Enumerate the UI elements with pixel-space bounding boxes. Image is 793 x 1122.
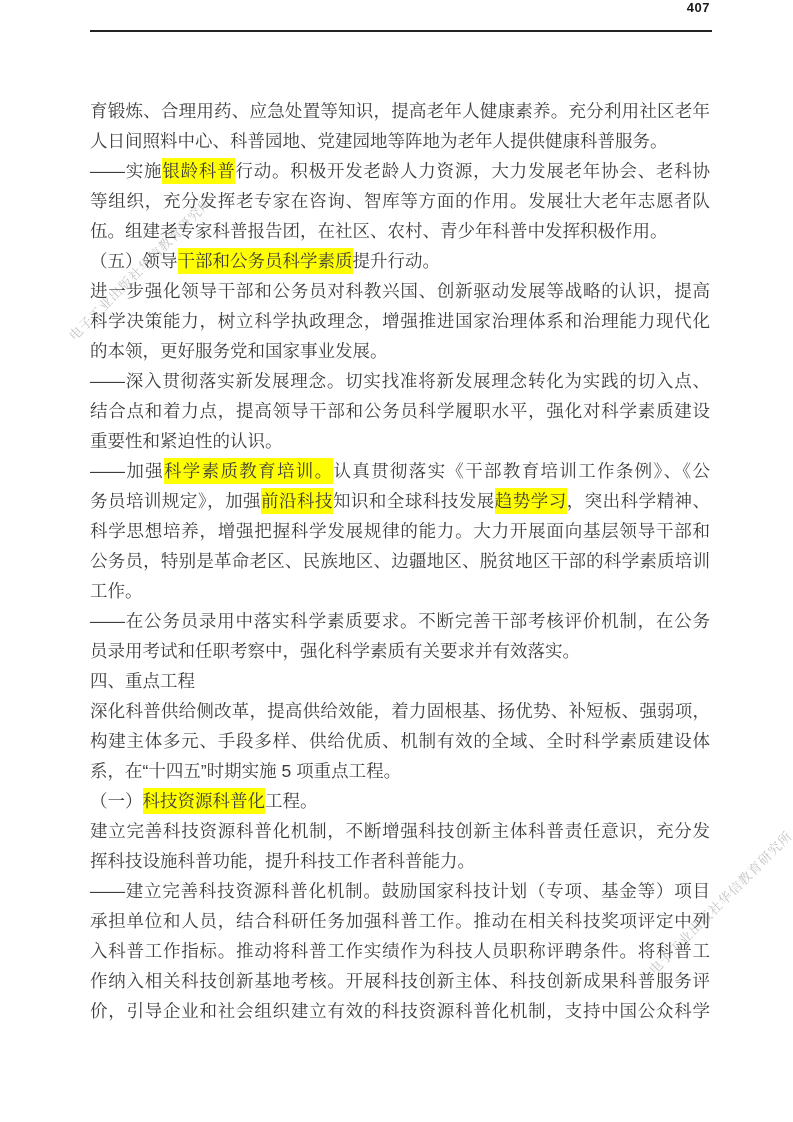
text-line: 的本领，更好服务党和国家事业发展。 — [90, 336, 710, 366]
text-segment: 育锻炼、合理用药、应急处置等知识，提高老年人健康素养。充分利用社区老年 — [90, 101, 710, 121]
text-line: ——建立完善科技资源科普化机制。鼓励国家科技计划（专项、基金等）项目 — [90, 876, 710, 906]
text-segment: 认真贯彻落实《干部教育培训工作条例》、《公 — [333, 461, 710, 481]
text-segment: ——实施 — [90, 161, 162, 181]
text-line: 深化科普供给侧改革，提高供给效能，着力固根基、扬优势、补短板、强弱项， — [90, 696, 710, 726]
text-line: ——实施银龄科普行动。积极开发老龄人力资源，大力发展老年协会、老科协 — [90, 156, 710, 186]
text-line: 育锻炼、合理用药、应急处置等知识，提高老年人健康素养。充分利用社区老年 — [90, 96, 710, 126]
text-segment: 作纳入相关科技创新基地考核。开展科技创新主体、科技创新成果科普服务评 — [90, 971, 710, 991]
text-line: 构建主体多元、手段多样、供给优质、机制有效的全域、全时科学素质建设体 — [90, 726, 710, 756]
text-segment: 四、重点工程 — [90, 671, 195, 691]
text-segment: 科学思想培养，增强把握科学发展规律的能力。大力开展面向基层领导干部和 — [90, 521, 710, 541]
text-line: 伍。组建老专家科普报告团，在社区、农村、青少年科普中发挥积极作用。 — [90, 216, 710, 246]
text-line: ——深入贯彻落实新发展理念。切实找准将新发展理念转化为实践的切入点、 — [90, 366, 710, 396]
text-line: 重要性和紧迫性的认识。 — [90, 426, 710, 456]
text-segment: 公务员，特别是革命老区、民族地区、边疆地区、脱贫地区干部的科学素质培训 — [90, 551, 710, 571]
text-line: 建立完善科技资源科普化机制，不断增强科技创新主体科普责任意识，充分发 — [90, 816, 710, 846]
text-segment: 重要性和紧迫性的认识。 — [90, 431, 283, 451]
highlighted-text: 前沿科技 — [261, 488, 333, 514]
text-segment: ，突出科学精神、 — [567, 491, 710, 511]
text-segment: 构建主体多元、手段多样、供给优质、机制有效的全域、全时科学素质建设体 — [90, 731, 710, 751]
text-line: 人日间照料中心、科普园地、党建园地等阵地为老年人提供健康科普服务。 — [90, 126, 710, 156]
document-body: 育锻炼、合理用药、应急处置等知识，提高老年人健康素养。充分利用社区老年人日间照料… — [90, 96, 710, 1026]
highlighted-text: 科学素质教育培训。 — [164, 458, 333, 484]
text-line: 四、重点工程 — [90, 666, 710, 696]
text-line: 进一步强化领导干部和公务员对科教兴国、创新驱动发展等战略的认识，提高 — [90, 276, 710, 306]
text-line: 结合点和着力点，提高领导干部和公务员科学履职水平，强化对科学素质建设 — [90, 396, 710, 426]
text-segment: 进一步强化领导干部和公务员对科教兴国、创新驱动发展等战略的认识，提高 — [90, 281, 710, 301]
text-line: 工作。 — [90, 576, 710, 606]
text-segment: 工作。 — [90, 581, 143, 601]
text-segment: 人日间照料中心、科普园地、党建园地等阵地为老年人提供健康科普服务。 — [90, 131, 668, 151]
text-segment: 挥科技设施科普功能，提升科技工作者科普能力。 — [90, 851, 475, 871]
text-line: 作纳入相关科技创新基地考核。开展科技创新主体、科技创新成果科普服务评 — [90, 966, 710, 996]
highlighted-text: 干部和公务员科学素质 — [178, 248, 353, 274]
text-segment: 行动。积极开发老龄人力资源，大力发展老年协会、老科协 — [235, 161, 710, 181]
text-line: 系，在“十四五”时期实施 5 项重点工程。 — [90, 756, 710, 786]
text-segment: 结合点和着力点，提高领导干部和公务员科学履职水平，强化对科学素质建设 — [90, 401, 710, 421]
text-segment: 深化科普供给侧改革，提高供给效能，着力固根基、扬优势、补短板、强弱项， — [90, 701, 710, 721]
text-line: 承担单位和人员，结合科研任务加强科普工作。推动在相关科技奖项评定中列 — [90, 906, 710, 936]
text-line: 务员培训规定》，加强前沿科技知识和全球科技发展趋势学习，突出科学精神、 — [90, 486, 710, 516]
text-segment: 员录用考试和任职考察中，强化科学素质有关要求并有效落实。 — [90, 641, 580, 661]
page-number: 407 — [90, 0, 710, 15]
text-segment: ——深入贯彻落实新发展理念。切实找准将新发展理念转化为实践的切入点、 — [90, 371, 710, 391]
text-line: （一）科技资源科普化工程。 — [90, 786, 710, 816]
text-segment: ——加强 — [90, 461, 164, 481]
text-segment: 价，引导企业和社会组织建立有效的科技资源科普化机制，支持中国公众科学 — [90, 1001, 710, 1021]
text-segment: 务员培训规定》，加强 — [90, 491, 261, 511]
text-line: ——在公务员录用中落实科学素质要求。不断完善干部考核评价机制，在公务 — [90, 606, 710, 636]
highlighted-text: 科技资源科普化 — [143, 788, 266, 814]
text-line: 入科普工作指标。推动将科普工作实绩作为科技人员职称评聘条件。将科普工 — [90, 936, 710, 966]
text-segment: 科学决策能力，树立科学执政理念，增强推进国家治理体系和治理能力现代化 — [90, 311, 710, 331]
text-segment: （一） — [90, 791, 143, 811]
text-segment: 系，在“十四五”时期实施 5 项重点工程。 — [90, 761, 401, 781]
highlighted-text: 银龄科普 — [162, 158, 235, 184]
text-segment: 伍。组建老专家科普报告团，在社区、农村、青少年科普中发挥积极作用。 — [90, 221, 668, 241]
text-line: （五）领导干部和公务员科学素质提升行动。 — [90, 246, 710, 276]
text-segment: 的本领，更好服务党和国家事业发展。 — [90, 341, 388, 361]
highlighted-text: 趋势学习 — [495, 488, 567, 514]
text-segment: ——在公务员录用中落实科学素质要求。不断完善干部考核评价机制，在公务 — [90, 611, 710, 631]
header-divider — [90, 30, 712, 32]
text-segment: 建立完善科技资源科普化机制，不断增强科技创新主体科普责任意识，充分发 — [90, 821, 710, 841]
document-page: 电子工业出版社华信教育研究所 电子工业出版社华信教育研究所 407 育锻炼、合理… — [0, 0, 793, 1122]
text-line: 科学思想培养，增强把握科学发展规律的能力。大力开展面向基层领导干部和 — [90, 516, 710, 546]
text-segment: 提升行动。 — [353, 251, 441, 271]
text-segment: 工程。 — [265, 791, 318, 811]
text-segment: ——建立完善科技资源科普化机制。鼓励国家科技计划（专项、基金等）项目 — [90, 881, 710, 901]
text-line: 价，引导企业和社会组织建立有效的科技资源科普化机制，支持中国公众科学 — [90, 996, 710, 1026]
text-line: 挥科技设施科普功能，提升科技工作者科普能力。 — [90, 846, 710, 876]
text-segment: 知识和全球科技发展 — [333, 491, 495, 511]
text-segment: （五）领导 — [90, 251, 178, 271]
text-segment: 入科普工作指标。推动将科普工作实绩作为科技人员职称评聘条件。将科普工 — [90, 941, 710, 961]
text-segment: 等组织，充分发挥老专家在咨询、智库等方面的作用。发展壮大老年志愿者队 — [90, 191, 710, 211]
text-line: 员录用考试和任职考察中，强化科学素质有关要求并有效落实。 — [90, 636, 710, 666]
text-line: 等组织，充分发挥老专家在咨询、智库等方面的作用。发展壮大老年志愿者队 — [90, 186, 710, 216]
text-line: 公务员，特别是革命老区、民族地区、边疆地区、脱贫地区干部的科学素质培训 — [90, 546, 710, 576]
text-segment: 承担单位和人员，结合科研任务加强科普工作。推动在相关科技奖项评定中列 — [90, 911, 710, 931]
text-line: ——加强科学素质教育培训。认真贯彻落实《干部教育培训工作条例》、《公 — [90, 456, 710, 486]
text-line: 科学决策能力，树立科学执政理念，增强推进国家治理体系和治理能力现代化 — [90, 306, 710, 336]
